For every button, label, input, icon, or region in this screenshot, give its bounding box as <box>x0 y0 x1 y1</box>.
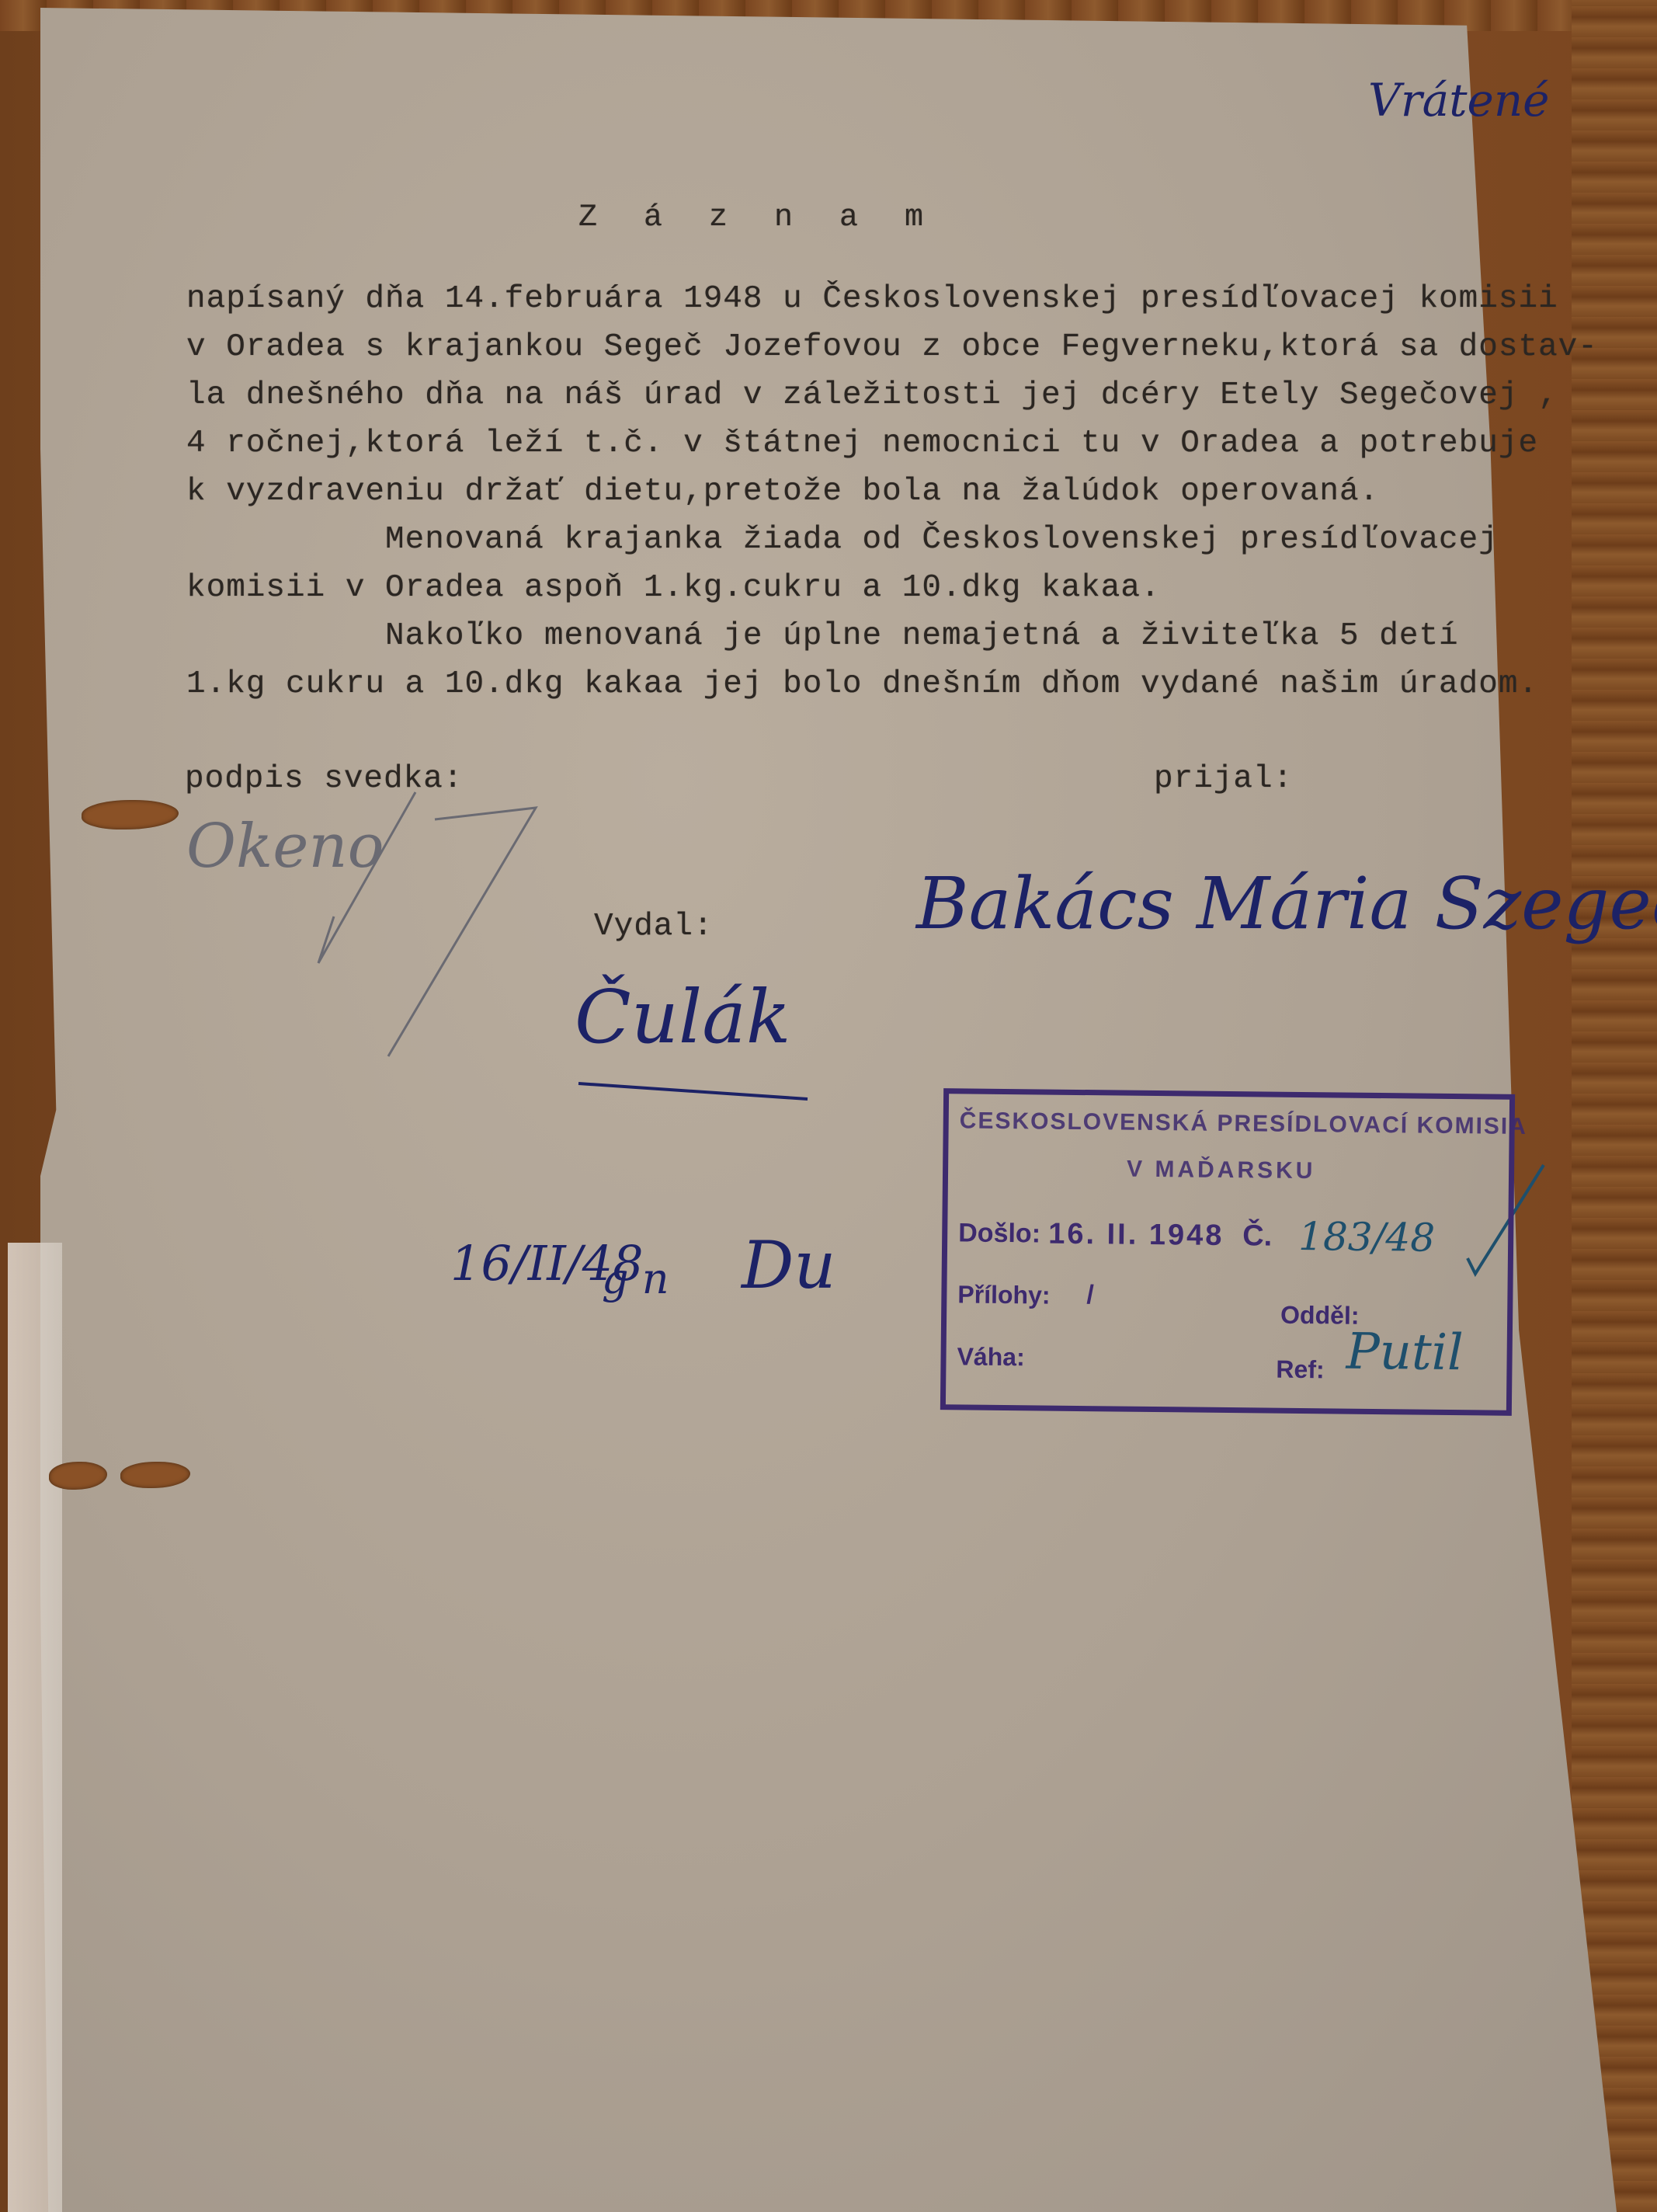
body-line: Nakoľko menovaná je úplne nemajetná a ži… <box>186 618 1459 654</box>
body-line: 4 ročnej,ktorá leží t.č. v štátnej nemoc… <box>186 426 1538 461</box>
body-line: k vyzdraveniu držať dietu,pretože bola n… <box>186 474 1379 510</box>
note-initials: Du <box>742 1227 835 1303</box>
stamp-number-value: 183/48 <box>1298 1214 1436 1261</box>
stamp-number-label: Č. <box>1242 1219 1272 1253</box>
body-line: 1.kg cukru a 10.dkg kakaa jej bolo dnešn… <box>186 666 1538 702</box>
received-signature: Bakács Mária Szegecs <box>916 862 1657 945</box>
stamp-attachments-value: / <box>1086 1280 1094 1310</box>
registry-stamp: ČESKOSLOVENSKÁ PRESÍDLOVACÍ KOMISIA V MA… <box>940 1088 1515 1416</box>
stamp-attachments-label: Přílohy: <box>957 1280 1051 1309</box>
body-line: Menovaná krajanka žiada od Československ… <box>186 522 1499 558</box>
note-extra: g n <box>602 1254 669 1303</box>
witness-label: podpis svedka: <box>185 761 463 797</box>
witness-signature: Okeno <box>186 812 384 882</box>
body-line: napísaný dňa 14.februára 1948 u Českoslo… <box>186 281 1558 317</box>
body-line: la dnešného dňa na náš úrad v záležitost… <box>186 377 1558 413</box>
received-label: prijal: <box>1154 761 1293 797</box>
document-title: Z á z n a m <box>578 200 937 235</box>
issued-signature: Čulák <box>575 975 790 1060</box>
issued-label: Vydal: <box>594 909 714 944</box>
margin-note: Vrátené <box>1368 74 1550 127</box>
stamp-ref-signature: Putil <box>1346 1323 1464 1382</box>
stamp-line2: V MAĎARSKU <box>1127 1156 1316 1185</box>
stamp-weight-label: Váha: <box>957 1342 1025 1372</box>
repair-tape <box>8 1243 62 2212</box>
stamp-received-date: 16. II. 1948 <box>1048 1218 1225 1253</box>
stamp-received-label: Došlo: <box>958 1218 1040 1249</box>
body-line: v Oradea s krajankou Segeč Jozefovou z o… <box>186 329 1598 365</box>
stamp-line1: ČESKOSLOVENSKÁ PRESÍDLOVACÍ KOMISIA <box>960 1108 1528 1140</box>
body-line: komisii v Oradea aspoň 1.kg.cukru a 10.d… <box>186 570 1161 606</box>
stamp-ref-label: Ref: <box>1276 1355 1325 1385</box>
